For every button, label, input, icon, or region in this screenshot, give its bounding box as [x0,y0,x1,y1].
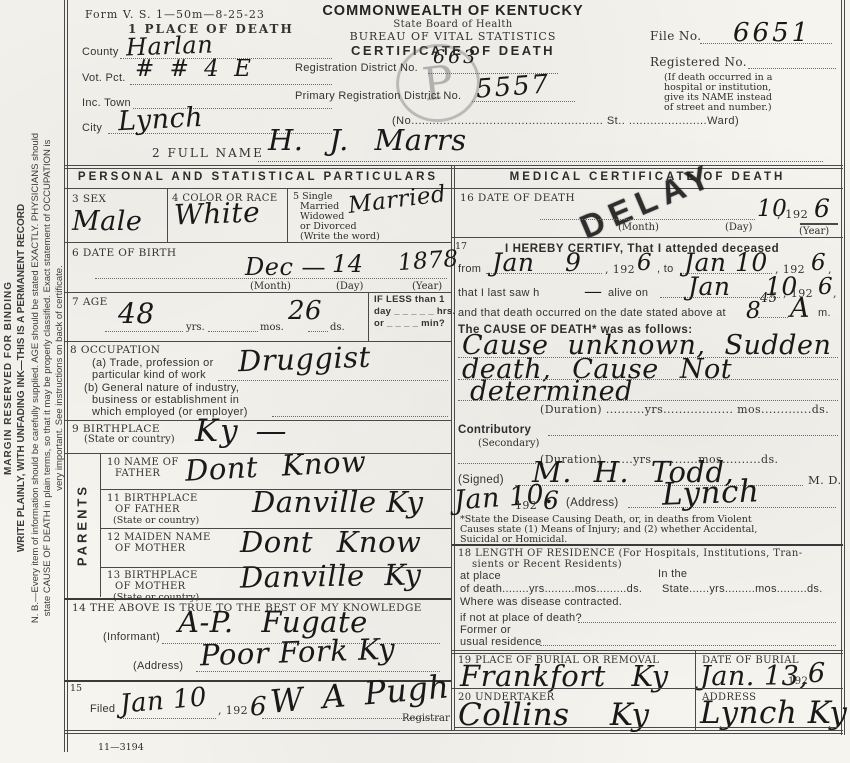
lastsaw-blank-stroke: — [584,283,603,301]
rule [452,544,843,546]
vot-pct-value: # # 4 E [135,58,255,81]
dod-month-label: (Month) [618,222,659,233]
file-no-value: 6651 [733,20,811,46]
margin-note-write-plainly: WRITE PLAINLY, WITH UNFADING INK—THIS IS… [16,23,27,733]
mother-birthplace-label-2: OF MOTHER [115,581,186,592]
parents-label: PARENTS [75,484,90,566]
vot-pct-label: Vot. Pct. [82,72,126,84]
mother-birthplace-label-1: 13 BIRTHPLACE [107,570,198,581]
occurred-m-label: m. [818,307,831,319]
board-of-health: State Board of Health [288,19,618,30]
father-birthplace-label-3: (State or country) [113,515,199,526]
dod-day-label: (Day) [725,222,752,233]
where-contracted-line-1: Where was disease contracted. [460,596,622,608]
death-certificate-scan: MARGIN RESERVED FOR BINDING WRITE PLAINL… [0,0,850,763]
where-contracted-line-2: if not at place of death? [460,612,582,624]
hospital-note-line4: of street and number.) [664,102,772,113]
rule [105,331,183,332]
rule [452,688,843,689]
dob-month-value: Dec — [245,255,326,279]
sign-year-value: 6 [543,488,559,513]
age-days-value: 26 [288,298,322,324]
informant-address-label: (Address) [133,660,183,672]
filed-item-number: 15 [70,683,82,694]
rule [458,400,838,401]
occurred-ampm-value: A [790,295,810,322]
occupation-label: 8 OCCUPATION [70,344,160,356]
full-name-value: H. J. Marrs [268,126,467,155]
secondary-label: (Secondary) [478,438,539,449]
residence-label-2: sients or Recent Residents) [472,559,622,570]
from-date-value: Jan 9 [492,250,581,275]
parents-divider [100,453,101,597]
full-name-label: 2 FULL NAME [152,146,264,160]
occupation-b-line2: business or establishment in [92,394,239,406]
if-less-line2: day _ _ _ _ _ hrs. [374,306,455,317]
mother-name-value: Dont Know [240,528,421,557]
rule [452,237,843,238]
sign-address-label: (Address) [566,497,619,509]
sign-address-value: Lynch [661,476,759,510]
age-mos-label: mos. [260,322,284,333]
marital-label-5: (Write the word) [300,231,380,242]
age-ds-label: ds. [330,322,345,333]
father-birthplace-label-2: OF FATHER [115,504,180,515]
rule [64,598,451,600]
city-value: Lynch [117,104,203,135]
if-less-line3: or _ _ _ _ min? [374,318,445,329]
bureau-title: BUREAU OF VITAL STATISTICS [288,30,618,43]
to-label: , to [657,263,674,275]
file-no-label: File No. [650,29,701,43]
sign-year-printed: 192 [515,499,537,512]
from-year-value: 6 [637,252,652,275]
state-line: State......yrs.........mos.........ds. [662,583,823,595]
burial-cell-divider [695,650,696,730]
form-number: Form V. S. 1—50m—8-25-23 [85,8,265,21]
birthplace-sub-label: (State or country) [84,434,175,445]
rule [540,645,836,646]
race-value: White [174,199,261,230]
occurred-time-minutes: 45 [760,292,778,305]
occurred-time-value: 8 [746,300,761,323]
sex-value: Male [72,208,142,235]
filed-year-value: 6 [250,694,267,720]
father-birthplace-value: Danville Ky [252,488,424,517]
right-border [841,0,845,735]
rule [578,622,836,623]
rule [258,161,823,162]
personal-section-title: PERSONAL AND STATISTICAL PARTICULARS [64,171,452,183]
lastsaw-label-2: alive on [608,287,648,299]
county-label: County [82,46,119,58]
informant-address-value: Poor Fork Ky [200,635,396,671]
filed-label: Filed [90,703,115,715]
if-less-line1: IF LESS than 1 [374,294,445,305]
rule [308,331,328,332]
duration-line-1: (Duration) ..........yrs................… [540,403,829,416]
contributory-label: Contributory [458,424,531,436]
certify-item-number: 17 [455,241,467,252]
margin-note-nb-1: N. B.—Every item of information should b… [30,23,41,733]
left-border [64,0,68,752]
rule [800,223,838,225]
filed-date-value: Jan 10 [119,684,208,717]
primary-district-label: Primary Registration District No. [295,90,461,102]
cell-divider [287,188,288,242]
age-label: 7 AGE [72,296,108,308]
primary-district-value: 5557 [475,71,551,102]
dob-label: 6 DATE OF BIRTH [72,247,176,259]
rule [540,219,755,220]
burial-place-value: Frankfort Ky [460,662,669,691]
date-of-death-year-value: 6 [814,196,830,221]
rule [455,727,838,728]
dob-year-label: (Year) [412,281,442,292]
residence-label-1: 18 LENGTH OF RESIDENCE (For Hospitals, I… [458,548,803,559]
lastsaw-label-1: that I last saw h [458,287,540,299]
lastsaw-date-value: Jan 10 [688,274,798,299]
occurred-label: and that death occurred on the date stat… [458,307,726,319]
dob-year-value: 1878 [397,248,459,275]
mother-birthplace-value: Danville Ky [240,560,422,592]
rule [458,463,536,464]
reg-district-value: 663 [433,48,478,67]
rule [64,242,451,243]
burial-year-printed: 192 [788,676,808,687]
rule [64,341,451,342]
burial-year-value: 6 [808,660,826,687]
informant-label: (Informant) [103,631,160,643]
former-residence-label-2: usual residence [460,636,542,648]
father-name-value: Dont Know [184,447,367,485]
father-birthplace-label-1: 11 BIRTHPLACE [107,493,198,504]
lastsaw-year-value: 6 [818,276,833,299]
comma-2: , [833,287,837,300]
rule [748,68,836,69]
margin-note-nb-2: state CAUSE OF DEATH in plain terms, so … [42,23,53,733]
in-the-label: In the [658,568,687,580]
at-place-label: at place [460,570,501,582]
mother-name-label-2: OF MOTHER [115,543,186,554]
registrar-signature: W A Pugh [269,670,451,718]
city-label: City [82,122,102,134]
cell-divider [368,292,369,341]
dob-day-value: 14 [332,252,364,276]
rule [758,317,788,318]
dob-day-label: (Day) [336,281,363,292]
age-years-value: 48 [118,300,155,328]
md-label: M. D. [808,473,842,487]
dod-year-label: (Year) [799,226,829,237]
date-of-death-year-printed: , 192 [777,207,808,221]
occupation-a-line2: particular kind of work [92,369,206,381]
cell-divider [167,188,168,242]
occupation-b-line1: (b) General nature of industry, [84,382,239,394]
reg-district-label: Registration District No. [295,62,418,74]
dob-month-label: (Month) [250,281,291,292]
from-label: from [458,263,481,275]
undertaker-address-value: Lynch Ky [700,698,847,729]
from-year-printed: , 192 [605,263,635,276]
rule [64,292,451,293]
father-name-label-1: 10 NAME OF [107,457,179,468]
commonwealth-title: COMMONWEALTH OF KENTUCKY [288,3,618,19]
of-death-line: of death........yrs.........mos.........… [460,583,642,595]
to-year-value: 6 [811,252,826,275]
occupation-a-line1: (a) Trade, profession or [92,357,214,369]
birthplace-value: Ky — [195,416,291,447]
rule [452,650,843,654]
rule [64,188,843,189]
registrar-label: Registrar [402,713,450,724]
margin-note-binding: MARGIN RESERVED FOR BINDING [3,23,14,733]
father-name-label-2: FATHER [115,468,160,479]
sign-date-value: Jan 10. [453,481,554,515]
filed-year-printed: , 192 [218,704,248,717]
plate-number: 11—3194 [98,742,144,753]
rule [130,84,332,85]
date-of-death-label: 16 DATE OF DEATH [460,192,575,204]
former-residence-label-1: Former or [460,624,511,636]
age-yrs-label: yrs. [186,322,205,333]
sex-label: 3 SEX [72,193,106,205]
rule [548,435,838,436]
rule [218,380,448,381]
occupation-value: Druggist [238,343,372,377]
mother-name-label-1: 12 MAIDEN NAME [107,532,211,543]
rule [208,331,258,332]
rule [272,416,448,417]
registered-no-label: Registered No. [650,55,747,69]
